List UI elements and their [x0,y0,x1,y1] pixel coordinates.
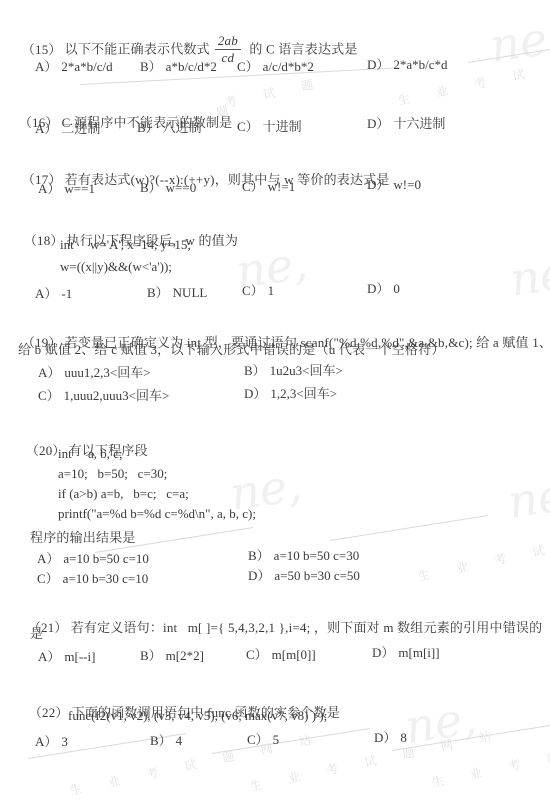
option-text: a=10 b=50 c=10 [63,551,149,566]
option-20-a: A）a=10 b=50 c=10 [37,548,149,567]
option-label: D） [367,281,389,296]
option-label: C） [237,59,259,74]
option-15-b: B）a*b/c/d*2 [140,56,217,75]
option-19-d: D）1,2,3<回车> [244,383,337,402]
option-label: B） [150,733,172,748]
option-18-d: D）0 [367,278,400,297]
option-17-d: D）w!=0 [367,174,421,193]
option-label: B） [248,548,270,563]
option-label: C） [242,283,264,298]
option-text: 3 [61,734,68,749]
option-text: uuu1,2,3<回车> [64,365,150,380]
question-15-number: （15） [22,42,62,57]
code-line: if (a>b) a=b, b=c; c=a; [58,486,189,502]
option-22-c: C）5 [247,729,279,748]
option-label: D） [374,730,396,745]
option-text: 1u2u3<回车> [270,363,343,378]
question-15-text: 以下不能正确表示代数式 [65,42,210,57]
option-text: a=50 b=30 c=50 [274,568,360,583]
option-16-b: B）八进制 [137,117,202,136]
question-17-text: 若有表达式(w)?(--x):(++y)，则其中与 w 等价的表达式是 [65,172,390,187]
option-label: D） [372,645,394,660]
code-line: a=10; b=50; c=30; [58,466,167,482]
option-text: 十进制 [263,119,302,134]
option-21-b: B）m[2*2] [140,645,204,664]
option-17-a: A）w==1 [38,178,95,197]
option-text: m[--i] [64,649,95,664]
option-label: D） [367,116,389,131]
option-label: D） [244,386,266,401]
option-text: w==1 [64,181,95,196]
question-18-number: （18） [24,233,64,248]
option-label: C） [246,647,268,662]
option-label: B） [140,59,162,74]
watermark-text: 生 业 考 试 题 网 站 [68,729,324,799]
option-label: C） [242,179,264,194]
option-label: D） [367,177,389,192]
option-21-d: D）m[m[i]] [372,642,440,661]
option-text: m[m[0]] [272,647,316,662]
option-text: 2*a*b/c/d [61,59,112,74]
option-label: A） [35,121,57,136]
option-22-a: A）3 [35,731,68,750]
option-label: A） [38,181,60,196]
option-text: 5 [273,732,280,747]
option-label: A） [35,286,57,301]
code-line: func(f2(v1, v2), (v3, v4, v5), (v6, max(… [68,708,327,724]
watermark-curve: ne, [507,243,550,306]
question-15-text-after: 的 C 语言表达式是 [246,42,358,57]
option-label: A） [37,551,59,566]
option-label: A） [38,365,60,380]
option-15-d: D）2*a*b/c*d [367,54,448,73]
option-18-b: B）NULL [147,282,207,301]
option-16-a: A）二进制 [35,118,100,137]
question-21-line1: 若有定义语句：int m[ ]={ 5,4,3,2,1 },i=4; ，则下面对… [71,620,543,635]
option-text: -1 [61,286,72,301]
fraction-numerator: 2ab [215,34,241,50]
option-text: 0 [393,281,400,296]
watermark-line [330,515,488,541]
option-15-a: A）2*a*b/c/d [35,56,113,75]
code-line: printf("a=%d b=%d c=%d\n", a, b, c); [58,506,256,522]
watermark-curve: ne, [505,465,550,528]
option-20-b: B）a=10 b=50 c=30 [248,545,359,564]
question-21-line2: 是 [30,623,43,642]
option-21-a: A）m[--i] [38,646,95,665]
option-19-b: B）1u2u3<回车> [244,360,343,379]
option-text: m[m[i]] [398,645,439,660]
option-label: D） [367,57,389,72]
option-18-a: A）-1 [35,283,72,302]
option-label: A） [35,59,57,74]
question-22-number: （22） [29,705,69,720]
question-19-line2: 给 b 赋值 2、给 c 赋值 3，以下输入形式中错误的是（u 代表一个空格符） [18,339,445,358]
option-text: 8 [400,730,407,745]
option-20-d: D）a=50 b=30 c=50 [248,565,360,584]
option-text: a/c/d*b*2 [263,59,314,74]
option-text: 八进制 [163,120,202,135]
option-text: 4 [176,733,183,748]
option-label: A） [35,734,57,749]
option-text: w!=1 [268,179,296,194]
option-19-a: A）uuu1,2,3<回车> [38,362,151,381]
option-20-c: C）a=10 b=30 c=10 [37,568,148,587]
option-text: 2*a*b/c*d [393,57,447,72]
option-text: w==0 [166,180,197,195]
option-18-c: C）1 [242,280,274,299]
option-text: m[2*2] [166,648,204,663]
option-16-d: D）十六进制 [367,113,445,132]
option-15-c: C）a/c/d*b*2 [237,56,314,75]
code-line: int a, b, c; [58,446,123,462]
option-19-c: C）1,uuu2,uuu3<回车> [38,385,169,404]
option-text: 1 [268,283,275,298]
option-text: a=10 b=30 c=10 [63,571,149,586]
option-label: B） [140,180,162,195]
option-label: B） [137,120,159,135]
option-text: 十六进制 [393,116,445,131]
option-text: 1,2,3<回车> [270,386,337,401]
option-text: a*b/c/d*2 [166,59,217,74]
option-label: D） [248,568,270,583]
option-17-c: C）w!=1 [242,176,295,195]
option-22-b: B）4 [150,730,182,749]
option-16-c: C）十进制 [237,116,302,135]
option-label: B） [244,363,266,378]
option-label: C） [247,732,269,747]
option-text: 1,uuu2,uuu3<回车> [64,388,170,403]
question-20-text2: 程序的输出结果是 [30,527,136,546]
code-line: int w='A', x=14, y=15; [60,237,191,253]
option-label: C） [37,571,59,586]
option-text: NULL [173,285,208,300]
option-17-b: B）w==0 [140,177,196,196]
code-line: w=((x||y)&&(w<'a')); [60,259,172,275]
option-text: w!=0 [393,177,421,192]
option-label: B） [140,648,162,663]
option-label: C） [38,388,60,403]
option-21-c: C）m[m[0]] [246,644,316,663]
option-text: 二进制 [61,121,100,136]
option-text: a=10 b=50 c=30 [274,548,360,563]
option-label: A） [38,649,60,664]
option-label: B） [147,285,169,300]
exam-page: ne, ne, ne, ne, ne, ne, 考 试 题 生 业 考 试 题 … [0,0,550,804]
option-label: C） [237,119,259,134]
option-22-d: D）8 [374,727,407,746]
